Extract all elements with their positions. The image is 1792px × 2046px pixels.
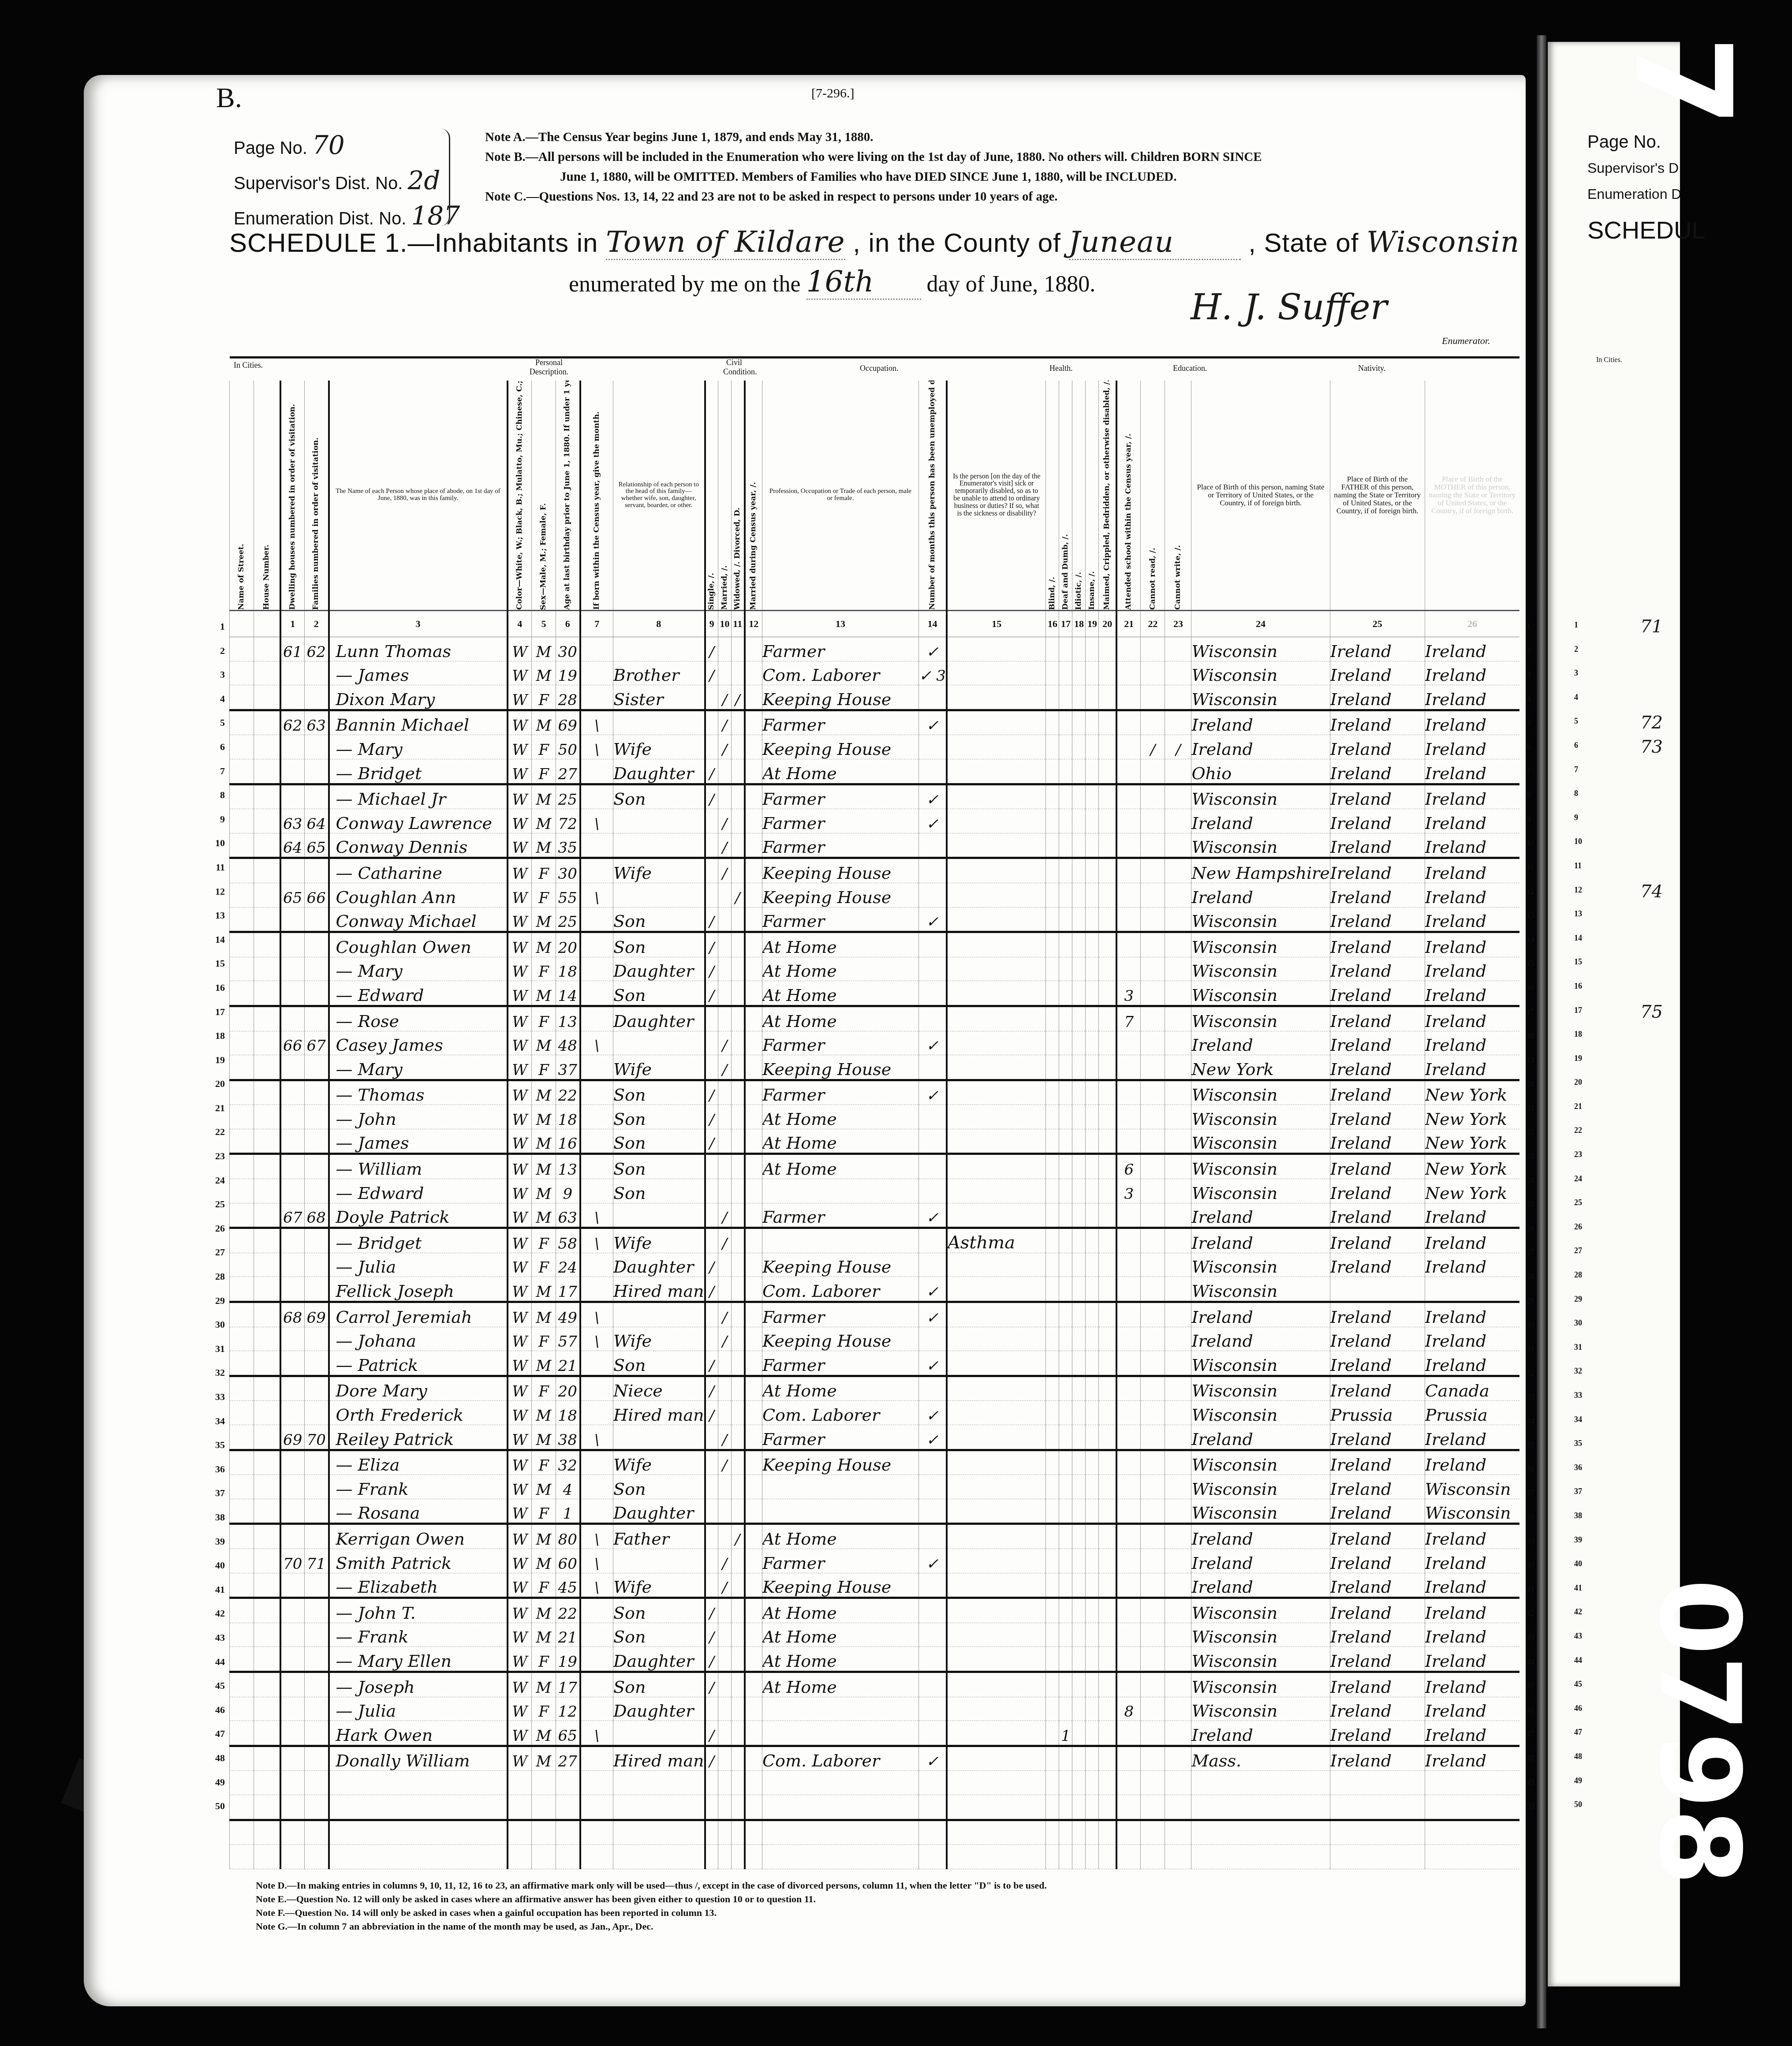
single-cell <box>705 1524 718 1549</box>
cannot-write-cell <box>1165 858 1191 883</box>
single-cell <box>705 1154 718 1179</box>
married-cell: / <box>718 1302 732 1327</box>
next-page-dwelling-mark: 73 <box>1640 737 1663 757</box>
house-cell <box>254 1228 280 1253</box>
house-cell <box>254 1721 280 1746</box>
father-birthplace-cell: Ireland <box>1330 1302 1425 1327</box>
sex-cell: M <box>532 1351 556 1376</box>
birth-month-cell <box>580 1006 613 1031</box>
unemployed-cell <box>919 1697 947 1721</box>
cannot-write-cell <box>1165 661 1191 685</box>
sex-cell: F <box>532 1253 556 1277</box>
line-number: 30 <box>1527 1313 1540 1337</box>
deaf-cell <box>1059 1573 1072 1598</box>
dwelling-cell: 63 <box>280 809 305 833</box>
dwelling-cell <box>280 1672 305 1697</box>
deaf-cell <box>1059 1179 1072 1203</box>
birthplace-cell: Mass. <box>1191 1746 1330 1771</box>
sex-cell: M <box>532 710 556 735</box>
relationship-cell: Sister <box>613 685 705 710</box>
father-birthplace-cell <box>1330 1795 1425 1820</box>
family-cell <box>305 1351 329 1376</box>
married-year-cell <box>745 661 762 685</box>
color-cell: W <box>508 710 532 735</box>
married-cell: / <box>718 710 732 735</box>
line-number: 35 <box>1527 1433 1540 1457</box>
married-year-cell <box>745 784 762 809</box>
sickness-cell <box>947 637 1046 661</box>
line-number: 43 <box>212 1626 225 1650</box>
widowed-cell <box>732 1647 745 1672</box>
deaf-cell <box>1059 809 1072 833</box>
married-cell <box>718 1376 732 1401</box>
cannot-write-cell <box>1165 759 1191 784</box>
maimed-cell <box>1099 1351 1116 1376</box>
table-row: — MaryWF18Daughter/At HomeWisconsinIrela… <box>230 957 1520 981</box>
mother-birthplace-cell: Ireland <box>1425 809 1519 833</box>
sickness-cell <box>947 1450 1046 1475</box>
street-cell <box>230 1771 254 1795</box>
line-number: 6 <box>212 735 225 759</box>
mother-birthplace-cell: Ireland <box>1425 735 1519 759</box>
insane-cell <box>1086 1845 1099 1869</box>
relationship-cell: Hired man <box>613 1277 705 1302</box>
unemployed-cell: ✓ <box>919 809 947 833</box>
single-cell: / <box>705 1129 718 1154</box>
father-birthplace-cell: Ireland <box>1330 907 1425 932</box>
sex-cell <box>532 1845 556 1869</box>
school-cell <box>1116 858 1141 883</box>
col-sex: Sex—Male, M.; Female, F. <box>532 381 556 611</box>
sex-cell: M <box>532 637 556 661</box>
sickness-cell <box>947 1475 1046 1499</box>
note-b-cont: June 1, 1880, will be OMITTED. Members o… <box>560 170 1177 184</box>
age-cell: 60 <box>556 1549 580 1573</box>
idiotic-cell <box>1072 1105 1086 1129</box>
sex-cell: M <box>532 1179 556 1203</box>
insane-cell <box>1086 1179 1099 1203</box>
blind-cell <box>1046 1672 1059 1697</box>
street-cell <box>230 1549 254 1573</box>
age-cell: 9 <box>556 1179 580 1203</box>
relationship-cell: Son <box>613 932 705 957</box>
sex-cell <box>532 1795 556 1820</box>
house-cell <box>254 932 280 957</box>
unemployed-cell <box>919 1721 947 1746</box>
father-birthplace-cell: Ireland <box>1330 1475 1425 1499</box>
line-number: 19 <box>1527 1048 1540 1072</box>
unemployed-cell: ✓ <box>919 1277 947 1302</box>
deaf-cell <box>1059 1450 1072 1475</box>
cannot-read-cell <box>1141 1573 1165 1598</box>
blind-cell <box>1046 1401 1059 1425</box>
birth-month-cell <box>580 1105 613 1129</box>
occupation-cell: At Home <box>762 1376 919 1401</box>
cannot-write-cell <box>1165 1277 1191 1302</box>
maimed-cell <box>1099 1401 1116 1425</box>
deaf-cell <box>1059 1228 1072 1253</box>
relationship-cell: Wife <box>613 1228 705 1253</box>
idiotic-cell <box>1072 1820 1086 1845</box>
occupation-cell: Keeping House <box>762 1573 919 1598</box>
color-cell: W <box>508 1450 532 1475</box>
line-number: 22 <box>1527 1120 1540 1144</box>
single-cell: / <box>705 1376 718 1401</box>
blind-cell <box>1046 1031 1059 1055</box>
unemployed-cell: ✓ <box>919 1203 947 1228</box>
widowed-cell <box>732 1351 745 1376</box>
line-number: 17 <box>1527 1000 1540 1024</box>
line-number: 14 <box>1527 928 1540 952</box>
sickness-cell <box>947 1105 1046 1129</box>
street-cell <box>230 932 254 957</box>
house-cell <box>254 957 280 981</box>
relationship-cell: Hired man <box>613 1746 705 1771</box>
idiotic-cell <box>1072 932 1086 957</box>
cannot-write-cell <box>1165 1031 1191 1055</box>
insane-cell <box>1086 1228 1099 1253</box>
dwelling-cell <box>280 907 305 932</box>
street-cell <box>230 1450 254 1475</box>
family-cell <box>305 1154 329 1179</box>
occupation-cell: Farmer <box>762 809 919 833</box>
insane-cell <box>1086 1277 1099 1302</box>
idiotic-cell <box>1072 833 1086 858</box>
cannot-read-cell <box>1141 1697 1165 1721</box>
school-cell <box>1116 784 1141 809</box>
house-cell <box>254 1154 280 1179</box>
occupation-cell: Farmer <box>762 1302 919 1327</box>
family-cell <box>305 685 329 710</box>
name-cell: — Julia <box>329 1253 508 1277</box>
maimed-cell <box>1099 1055 1116 1080</box>
family-cell <box>305 957 329 981</box>
house-cell <box>254 637 280 661</box>
line-numbers-left: 1234567891011121314151617181920212223242… <box>212 615 225 1818</box>
cannot-write-cell <box>1165 1598 1191 1623</box>
cannot-write-cell <box>1165 710 1191 735</box>
birth-month-cell <box>580 1820 613 1845</box>
maimed-cell <box>1099 1006 1116 1031</box>
cannot-write-cell <box>1165 1746 1191 1771</box>
name-cell: Carrol Jeremiah <box>329 1302 508 1327</box>
street-cell <box>230 759 254 784</box>
line-number: 10 <box>1574 829 1582 854</box>
cannot-read-cell <box>1141 858 1165 883</box>
occupation-cell: At Home <box>762 759 919 784</box>
occupation-cell: At Home <box>762 1105 919 1129</box>
father-birthplace-cell: Ireland <box>1330 1327 1425 1351</box>
table-row: 6364Conway LawrenceWM72\/Farmer✓IrelandI… <box>230 809 1520 833</box>
sex-cell: M <box>532 1203 556 1228</box>
married-year-cell <box>745 1598 762 1623</box>
father-birthplace-cell: Ireland <box>1330 1080 1425 1105</box>
age-cell: 22 <box>556 1080 580 1105</box>
school-cell <box>1116 1302 1141 1327</box>
cannot-write-cell <box>1165 1623 1191 1647</box>
unemployed-cell <box>919 1672 947 1697</box>
line-number: 21 <box>212 1096 225 1120</box>
age-cell: 16 <box>556 1129 580 1154</box>
widowed-cell: / <box>732 883 745 907</box>
birth-month-cell <box>580 1055 613 1080</box>
col-age: Age at last birthday prior to June 1, 18… <box>556 381 580 611</box>
group-header-band <box>230 358 1520 381</box>
insane-cell <box>1086 1820 1099 1845</box>
insane-cell <box>1086 1425 1099 1450</box>
idiotic-cell <box>1072 1721 1086 1746</box>
single-cell: / <box>705 957 718 981</box>
deaf-cell <box>1059 1425 1072 1450</box>
occupation-cell: Keeping House <box>762 1327 919 1351</box>
color-cell: W <box>508 1031 532 1055</box>
house-cell <box>254 1253 280 1277</box>
cannot-write-cell <box>1165 1006 1191 1031</box>
married-cell: / <box>718 833 732 858</box>
insane-cell <box>1086 1623 1099 1647</box>
father-birthplace-cell: Ireland <box>1330 685 1425 710</box>
dwelling-cell <box>280 1475 305 1499</box>
birth-month-cell <box>580 1499 613 1524</box>
unemployed-cell: ✓ <box>919 907 947 932</box>
birth-month-cell <box>580 784 613 809</box>
dwelling-cell <box>280 1253 305 1277</box>
idiotic-cell <box>1072 1006 1086 1031</box>
table-row: Dore MaryWF20Niece/At HomeWisconsinIrela… <box>230 1376 1520 1401</box>
married-year-cell <box>745 1721 762 1746</box>
color-cell: W <box>508 1351 532 1376</box>
mother-birthplace-cell: Ireland <box>1425 1647 1519 1672</box>
father-birthplace-cell: Ireland <box>1330 1746 1425 1771</box>
age-cell: 27 <box>556 1746 580 1771</box>
age-cell: 63 <box>556 1203 580 1228</box>
idiotic-cell <box>1072 1573 1086 1598</box>
sex-cell: M <box>532 1154 556 1179</box>
table-row: Orth FrederickWM18Hired man/Com. Laborer… <box>230 1401 1520 1425</box>
single-cell: / <box>705 1080 718 1105</box>
married-year-cell <box>745 710 762 735</box>
married-cell <box>718 1820 732 1845</box>
line-number: 11 <box>1527 855 1540 880</box>
street-cell <box>230 1055 254 1080</box>
married-year-cell <box>745 1302 762 1327</box>
name-cell: Kerrigan Owen <box>329 1524 508 1549</box>
insane-cell <box>1086 661 1099 685</box>
married-year-cell <box>745 1672 762 1697</box>
widowed-cell <box>732 1376 745 1401</box>
enumerated-suffix: day of June, 1880. <box>927 272 1096 297</box>
blind-cell <box>1046 932 1059 957</box>
single-cell <box>705 1228 718 1253</box>
widowed-cell <box>732 1154 745 1179</box>
line-number: 31 <box>212 1337 225 1361</box>
idiotic-cell <box>1072 1055 1086 1080</box>
insane-cell <box>1086 1154 1099 1179</box>
married-cell <box>718 907 732 932</box>
mother-birthplace-cell <box>1425 1845 1519 1869</box>
deaf-cell <box>1059 833 1072 858</box>
insane-cell <box>1086 1253 1099 1277</box>
relationship-cell <box>613 1795 705 1820</box>
insane-cell <box>1086 981 1099 1006</box>
widowed-cell <box>732 1055 745 1080</box>
line-number: 34 <box>212 1409 225 1434</box>
line-number: 42 <box>1574 1600 1582 1624</box>
sickness-cell <box>947 883 1046 907</box>
cannot-read-cell <box>1141 1006 1165 1031</box>
deaf-cell <box>1059 710 1072 735</box>
school-cell <box>1116 1598 1141 1623</box>
cannot-read-cell <box>1141 1203 1165 1228</box>
cannot-read-cell <box>1141 1820 1165 1845</box>
maimed-cell <box>1099 981 1116 1006</box>
mother-birthplace-cell: Ireland <box>1425 1598 1519 1623</box>
maimed-cell <box>1099 1129 1116 1154</box>
cannot-write-cell: / <box>1165 735 1191 759</box>
name-cell: — Julia <box>329 1697 508 1721</box>
table-row: 7071Smith PatrickWM60\/Farmer✓IrelandIre… <box>230 1549 1520 1573</box>
census-table: Name of Street. House Number. Dwelling h… <box>229 356 1519 1869</box>
sex-cell: F <box>532 1327 556 1351</box>
line-number: 47 <box>1574 1720 1582 1744</box>
deaf-cell <box>1059 735 1072 759</box>
father-birthplace-cell: Ireland <box>1330 957 1425 981</box>
occupation-cell <box>762 1771 919 1795</box>
age-cell <box>556 1845 580 1869</box>
deaf-cell <box>1059 1129 1072 1154</box>
cannot-read-cell <box>1141 883 1165 907</box>
school-cell <box>1116 1647 1141 1672</box>
unemployed-cell <box>919 1055 947 1080</box>
color-cell: W <box>508 1376 532 1401</box>
age-cell: 49 <box>556 1302 580 1327</box>
page-no-value: 70 <box>312 130 345 160</box>
age-cell: 1 <box>556 1499 580 1524</box>
idiotic-cell <box>1072 981 1086 1006</box>
age-cell: 19 <box>556 1647 580 1672</box>
maimed-cell <box>1099 1647 1116 1672</box>
name-cell: Coughlan Ann <box>329 883 508 907</box>
married-year-cell <box>745 1647 762 1672</box>
relationship-cell: Niece <box>613 1376 705 1401</box>
line-number: 22 <box>212 1120 225 1144</box>
mother-birthplace-cell: Ireland <box>1425 759 1519 784</box>
sex-cell: F <box>532 759 556 784</box>
col-married-census-year: Married during Census year, /. <box>745 381 762 611</box>
line-number: 21 <box>1527 1096 1540 1120</box>
married-cell: / <box>718 1549 732 1573</box>
color-cell <box>508 1820 532 1845</box>
school-cell <box>1116 1203 1141 1228</box>
deaf-cell <box>1059 1031 1072 1055</box>
insane-cell <box>1086 1401 1099 1425</box>
line-number: 25 <box>1574 1191 1582 1215</box>
birth-month-cell: \ <box>580 1327 613 1351</box>
maimed-cell <box>1099 1450 1116 1475</box>
father-birthplace-cell: Ireland <box>1330 1573 1425 1598</box>
married-year-cell <box>745 1129 762 1154</box>
sickness-cell <box>947 1376 1046 1401</box>
sickness-cell <box>947 735 1046 759</box>
table-row: 6970Reiley PatrickWM38\/Farmer✓IrelandIr… <box>230 1425 1520 1450</box>
cannot-read-cell <box>1141 1179 1165 1203</box>
mother-birthplace-cell: Ireland <box>1425 661 1519 685</box>
line-number: 23 <box>1527 1144 1540 1169</box>
insane-cell <box>1086 1031 1099 1055</box>
married-year-cell <box>745 1771 762 1795</box>
married-cell <box>718 1154 732 1179</box>
cannot-read-cell <box>1141 1771 1165 1795</box>
house-cell <box>254 1031 280 1055</box>
birth-month-cell: \ <box>580 1573 613 1598</box>
street-cell <box>230 1697 254 1721</box>
sickness-cell <box>947 1006 1046 1031</box>
widowed-cell <box>732 1277 745 1302</box>
line-number: 28 <box>1527 1265 1540 1289</box>
cannot-write-cell <box>1165 685 1191 710</box>
name-cell: — Frank <box>329 1475 508 1499</box>
line-number: 29 <box>1527 1289 1540 1313</box>
col-name: The Name of each Person whose place of a… <box>329 381 508 611</box>
father-birthplace-cell <box>1330 1277 1425 1302</box>
blind-cell <box>1046 1327 1059 1351</box>
dwelling-cell <box>280 1845 305 1869</box>
deaf-cell <box>1059 1623 1072 1647</box>
blind-cell <box>1046 759 1059 784</box>
married-cell <box>718 1795 732 1820</box>
unemployed-cell: ✓ <box>919 1549 947 1573</box>
birth-month-cell <box>580 907 613 932</box>
deaf-cell <box>1059 1795 1072 1820</box>
father-birthplace-cell: Ireland <box>1330 1647 1425 1672</box>
school-cell <box>1116 1475 1141 1499</box>
occupation-cell: At Home <box>762 1129 919 1154</box>
house-cell <box>254 685 280 710</box>
line-number: 41 <box>212 1578 225 1602</box>
school-cell <box>1116 809 1141 833</box>
table-row: — ElizaWF32Wife/Keeping HouseWisconsinIr… <box>230 1450 1520 1475</box>
dwelling-cell <box>280 1401 305 1425</box>
dwelling-cell <box>280 685 305 710</box>
father-birthplace-cell: Ireland <box>1330 1105 1425 1129</box>
sickness-cell <box>947 759 1046 784</box>
line-number: 32 <box>212 1361 225 1385</box>
idiotic-cell <box>1072 637 1086 661</box>
sickness-cell <box>947 1327 1046 1351</box>
col-married: Married, /. <box>718 381 732 611</box>
family-cell <box>305 1376 329 1401</box>
name-cell: Conway Dennis <box>329 833 508 858</box>
cannot-write-cell <box>1165 1253 1191 1277</box>
table-row: — Michael JrWM25Son/Farmer✓WisconsinIrel… <box>230 784 1520 809</box>
color-cell: W <box>508 907 532 932</box>
sex-cell: M <box>532 1277 556 1302</box>
birth-month-cell: \ <box>580 1721 613 1746</box>
cannot-read-cell <box>1141 1327 1165 1351</box>
age-cell: 69 <box>556 710 580 735</box>
widowed-cell <box>732 1746 745 1771</box>
birthplace-cell: Wisconsin <box>1191 1253 1330 1277</box>
single-cell: / <box>705 1105 718 1129</box>
single-cell <box>705 1031 718 1055</box>
line-number: 37 <box>1574 1479 1582 1504</box>
unemployed-cell <box>919 883 947 907</box>
occupation-cell: Farmer <box>762 784 919 809</box>
note-g: Note G.—In column 7 an abbreviation in t… <box>256 1919 1047 1933</box>
house-cell <box>254 1746 280 1771</box>
mother-birthplace-cell: Ireland <box>1425 932 1519 957</box>
maimed-cell <box>1099 1845 1116 1869</box>
